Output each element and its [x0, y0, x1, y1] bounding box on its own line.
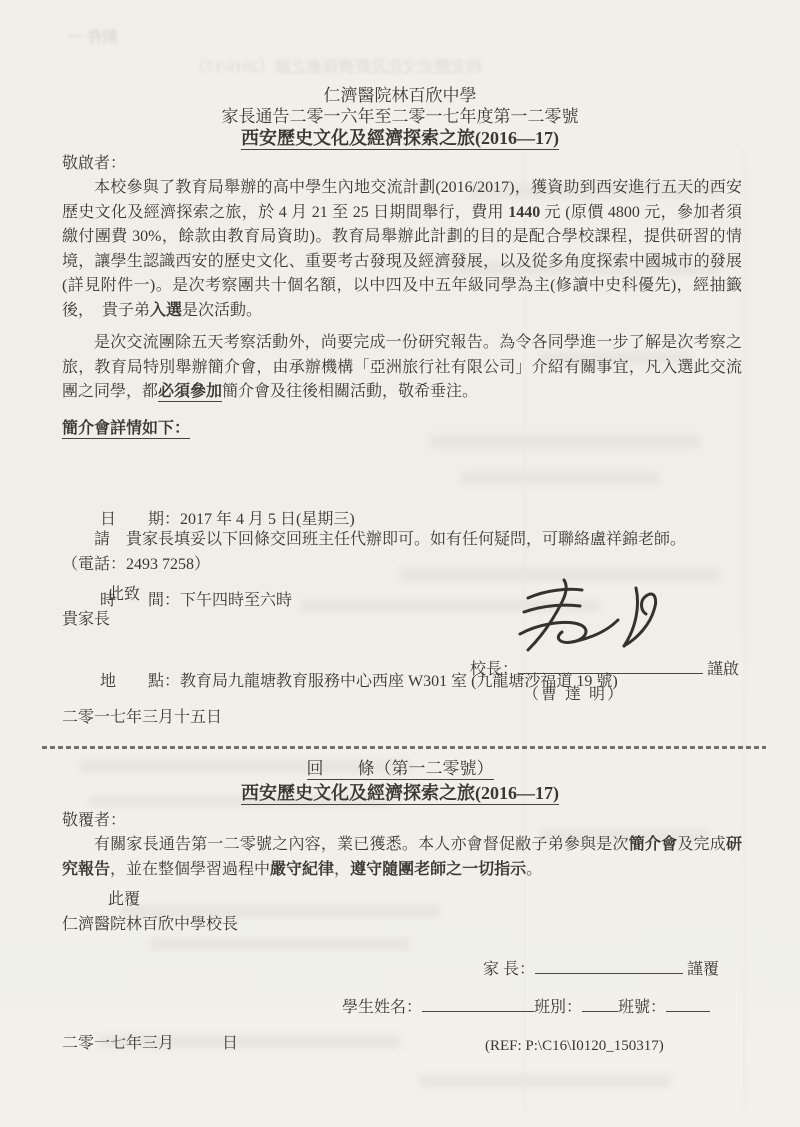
- reply-text: 。: [526, 861, 542, 878]
- discipline-emphasis: 嚴守紀律: [270, 861, 334, 878]
- closing-parents: 貴家長: [62, 608, 110, 633]
- student-info-line: 學生姓名：班別：班號：: [342, 994, 710, 1020]
- reply-slip-heading-text: 回 條（第一二零號）: [307, 759, 494, 780]
- obey-teacher-emphasis: 遵守隨團老師之一切指示: [350, 861, 526, 878]
- must-attend-emphasis: 必須參加: [158, 383, 222, 402]
- reference-code: (REF: P:\C16\I0120_150317): [485, 1034, 664, 1059]
- reply-closing-cifu: 此覆: [108, 888, 140, 913]
- parent-signature-blank: [535, 956, 683, 974]
- student-name-blank: [422, 994, 534, 1012]
- notice-title: 西安歷史文化及經濟探索之旅(2016—17): [0, 126, 800, 151]
- paragraph-1: 本校參與了教育局舉辦的高中學生內地交流計劃(2016/2017)，獲資助到西安進…: [62, 176, 742, 323]
- salutation: 敬啟者：: [62, 152, 126, 177]
- paragraph-2-text: 簡介會及往後相關活動，敬希垂注。: [222, 383, 478, 400]
- parent-suffix: 謹覆: [687, 961, 719, 978]
- reply-date-line: 二零一七年三月 日: [62, 1032, 238, 1057]
- closing-cizhi: 此致: [108, 583, 140, 608]
- class-label: 班別：: [534, 999, 582, 1016]
- student-name-label: 學生姓名：: [342, 999, 422, 1016]
- principal-name: （曹 達 明）: [523, 683, 625, 708]
- letter-date: 二零一七年三月十五日: [62, 706, 222, 731]
- scanned-notice-page: 附件 一 西安歷史文化及經濟探索之旅（2016/17） 仁濟醫院林百欣中學 家長…: [0, 0, 800, 1127]
- reply-text: ，並在整個學習過程中: [110, 861, 270, 878]
- class-number-blank: [666, 994, 710, 1012]
- bleedthrough-smudge: [150, 938, 410, 950]
- reply-paragraph: 有關家長通告第一二零號之內容，業已獲悉。本人亦會督促敝子弟參與是次簡介會及完成研…: [62, 833, 742, 882]
- reply-text: 有關家長通告第一二零號之內容，業已獲悉。本人亦會督促敝子弟參與是次: [94, 836, 629, 853]
- reply-slip-heading: 回 條（第一二零號）: [0, 757, 800, 782]
- notice-title-text: 西安歷史文化及經濟探索之旅(2016—17): [241, 128, 559, 150]
- paragraph-2: 是次交流團除五天考察活動外，尚要完成一份研究報告。為令各同學進一步了解是次考察之…: [62, 331, 742, 405]
- class-number-label: 班號：: [618, 999, 666, 1016]
- bleedthrough-table-line: [744, 150, 745, 1110]
- reply-text: 及完成: [677, 836, 726, 853]
- reply-slip-title: 西安歷史文化及經濟探索之旅(2016—17): [0, 781, 800, 806]
- reply-salutation: 敬覆者：: [62, 809, 126, 834]
- briefing-heading: 簡介會詳情如下：: [62, 417, 190, 442]
- bleedthrough-smudge: [430, 435, 700, 448]
- briefing-heading-text: 簡介會詳情如下：: [62, 420, 190, 439]
- parent-label: 家 長：: [483, 961, 535, 978]
- reply-text: ，: [334, 861, 350, 878]
- parent-signature-line: 家 長： 謹覆: [483, 956, 719, 982]
- cut-line-divider: [42, 746, 766, 749]
- bleedthrough-smudge: [420, 1075, 670, 1087]
- selected-emphasis: 入選: [150, 302, 182, 319]
- principal-suffix: 謹啟: [707, 661, 739, 678]
- briefing-emphasis: 簡介會: [629, 836, 678, 853]
- principal-label: 校長：: [470, 661, 518, 678]
- class-blank: [582, 994, 618, 1012]
- reply-slip-title-text: 西安歷史文化及經濟探索之旅(2016—17): [241, 783, 559, 805]
- bleedthrough-attachment-label: 附件 一: [68, 26, 117, 47]
- paragraph-1-text: 是次活動。: [182, 302, 262, 319]
- fee-amount: 1440: [508, 204, 540, 221]
- principal-signature-line: 校長： 謹啟: [470, 656, 739, 682]
- principal-signature-blank: [518, 656, 703, 674]
- request-line-1: 請 貴家長填妥以下回條交回班主任代辦即可。如有任何疑問，可聯絡盧祥錦老師。: [62, 528, 742, 553]
- request-paragraph: 請 貴家長填妥以下回條交回班主任代辦即可。如有任何疑問，可聯絡盧祥錦老師。 （電…: [62, 528, 742, 577]
- bleedthrough-mirrored-title: 西安歷史文化及經濟探索之旅（2016/17）: [190, 54, 482, 77]
- reply-closing-principal: 仁濟醫院林百欣中學校長: [62, 913, 238, 938]
